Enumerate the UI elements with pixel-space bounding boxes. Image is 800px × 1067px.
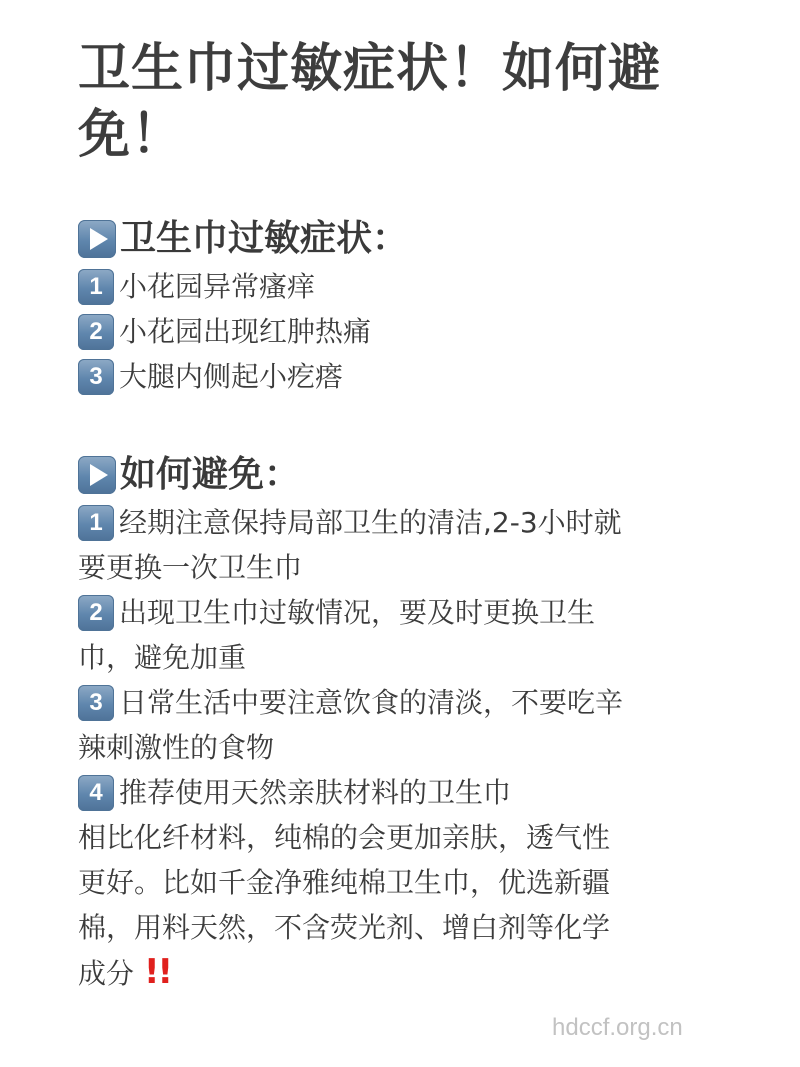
prevention-section: 如何避免： 1 经期注意保持局部卫生的清洁,2-3小时就 要更换一次卫生巾 2 … bbox=[78, 450, 738, 996]
keycap-1-icon: 1 bbox=[78, 505, 114, 541]
symptoms-section: 卫生巾过敏症状： 1 小花园异常瘙痒 2 小花园出现红肿热痛 3 大腿内侧起小疙… bbox=[78, 214, 738, 399]
play-button-icon bbox=[78, 456, 116, 494]
keycap-3-icon: 3 bbox=[78, 359, 114, 395]
symptom-item: 3 大腿内侧起小疙瘩 bbox=[78, 354, 738, 399]
keycap-1-icon: 1 bbox=[78, 269, 114, 305]
prevention-item: 1 经期注意保持局部卫生的清洁,2-3小时就 要更换一次卫生巾 bbox=[78, 500, 738, 590]
prevention-item: 2 出现卫生巾过敏情况，要及时更换卫生 巾，避免加重 bbox=[78, 590, 738, 680]
keycap-4-icon: 4 bbox=[78, 775, 114, 811]
symptom-item: 1 小花园异常瘙痒 bbox=[78, 264, 738, 309]
symptoms-heading: 卫生巾过敏症状： bbox=[78, 214, 738, 264]
watermark: hdccf.org.cn bbox=[552, 1014, 683, 1042]
keycap-2-icon: 2 bbox=[78, 314, 114, 350]
prevention-item: 3 日常生活中要注意饮食的清淡，不要吃辛 辣刺激性的食物 bbox=[78, 680, 738, 770]
title-line-2: 免！ bbox=[78, 102, 718, 168]
prevention-item: 4 推荐使用天然亲肤材料的卫生巾 相比化纤材料，纯棉的会更加亲肤，透气性 更好。… bbox=[78, 770, 738, 996]
double-exclamation-icon: !! bbox=[144, 952, 171, 992]
symptom-item: 2 小花园出现红肿热痛 bbox=[78, 309, 738, 354]
page-title: 卫生巾过敏症状！如何避 免！ bbox=[78, 36, 718, 168]
keycap-2-icon: 2 bbox=[78, 595, 114, 631]
keycap-3-icon: 3 bbox=[78, 685, 114, 721]
prevention-heading: 如何避免： bbox=[78, 450, 738, 500]
play-button-icon bbox=[78, 220, 116, 258]
title-line-1: 卫生巾过敏症状！如何避 bbox=[78, 36, 718, 102]
